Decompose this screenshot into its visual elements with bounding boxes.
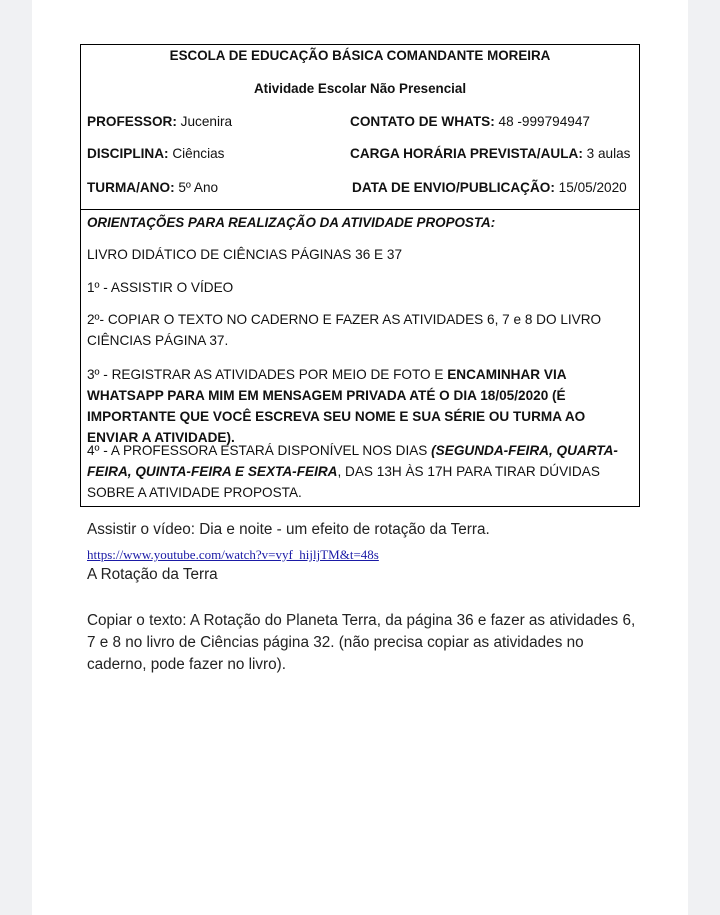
- date-value: 15/05/2020: [555, 180, 627, 195]
- step-2: 2º- COPIAR O TEXTO NO CADERNO E FAZER AS…: [87, 309, 633, 351]
- step-4: 4º - A PROFESSORA ESTARÁ DISPONÍVEL NOS …: [87, 440, 633, 503]
- video-title: A Rotação da Terra: [87, 566, 218, 584]
- class-value: 5º Ano: [175, 180, 219, 195]
- step-1: 1º - ASSISTIR O VÍDEO: [87, 277, 633, 298]
- contact-value: 48 -999794947: [495, 114, 590, 129]
- activity-header-box: ESCOLA DE EDUCAÇÃO BÁSICA COMANDANTE MOR…: [80, 44, 640, 507]
- orientations-title: ORIENTAÇÕES PARA REALIZAÇÃO DA ATIVIDADE…: [87, 215, 495, 230]
- watch-video-text: Assistir o vídeo: Dia e noite - um efeit…: [87, 521, 490, 539]
- professor-value: Jucenira: [177, 114, 232, 129]
- date-label: DATA DE ENVIO/PUBLICAÇÃO:: [352, 180, 555, 195]
- document-page: ESCOLA DE EDUCAÇÃO BÁSICA COMANDANTE MOR…: [32, 0, 688, 915]
- class-field: TURMA/ANO: 5º Ano: [87, 180, 218, 195]
- step-3-text: 3º - REGISTRAR AS ATIVIDADES POR MEIO DE…: [87, 367, 447, 382]
- book-reference: LIVRO DIDÁTICO DE CIÊNCIAS PÁGINAS 36 E …: [87, 244, 633, 265]
- discipline-field: DISCIPLINA: Ciências: [87, 146, 224, 161]
- step-3: 3º - REGISTRAR AS ATIVIDADES POR MEIO DE…: [87, 364, 633, 448]
- workload-field: CARGA HORÁRIA PREVISTA/AULA: 3 aulas: [350, 146, 630, 161]
- date-field: DATA DE ENVIO/PUBLICAÇÃO: 15/05/2020: [352, 180, 627, 195]
- video-link[interactable]: https://www.youtube.com/watch?v=vyf_hijl…: [87, 547, 379, 563]
- contact-label: CONTATO DE WHATS:: [350, 114, 495, 129]
- discipline-label: DISCIPLINA:: [87, 146, 169, 161]
- section-divider: [81, 209, 639, 210]
- activity-subtitle: Atividade Escolar Não Presencial: [81, 81, 639, 96]
- class-label: TURMA/ANO:: [87, 180, 175, 195]
- workload-value: 3 aulas: [583, 146, 631, 161]
- contact-field: CONTATO DE WHATS: 48 -999794947: [350, 114, 590, 129]
- copy-text-instructions: Copiar o texto: A Rotação do Planeta Ter…: [87, 610, 647, 676]
- professor-field: PROFESSOR: Jucenira: [87, 114, 232, 129]
- discipline-value: Ciências: [169, 146, 225, 161]
- school-name: ESCOLA DE EDUCAÇÃO BÁSICA COMANDANTE MOR…: [81, 48, 639, 63]
- step-4-text-a: 4º - A PROFESSORA ESTARÁ DISPONÍVEL NOS …: [87, 443, 431, 458]
- professor-label: PROFESSOR:: [87, 114, 177, 129]
- workload-label: CARGA HORÁRIA PREVISTA/AULA:: [350, 146, 583, 161]
